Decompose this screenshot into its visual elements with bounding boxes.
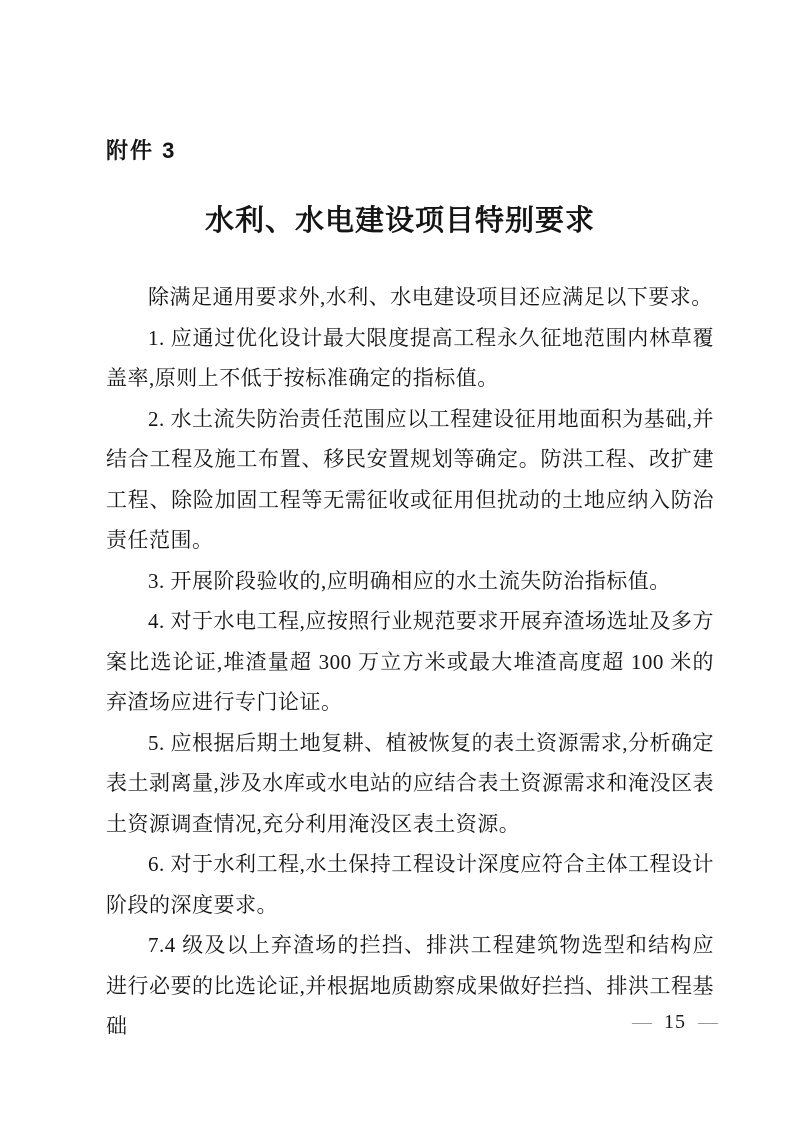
footer-left-dash: — xyxy=(632,1010,652,1034)
paragraph-intro: 除满足通用要求外,水利、水电建设项目还应满足以下要求。 xyxy=(106,277,714,318)
paragraph-item-1: 1. 应通过优化设计最大限度提高工程永久征地范围内林草覆盖率,原则上不低于按标准… xyxy=(106,318,714,399)
paragraph-item-5: 5. 应根据后期土地复耕、植被恢复的表土资源需求,分析确定表土剥离量,涉及水库或… xyxy=(106,723,714,845)
page-footer: — 15 — xyxy=(620,1010,730,1034)
document-page: 附件 3 水利、水电建设项目特别要求 除满足通用要求外,水利、水电建设项目还应满… xyxy=(0,0,800,1131)
paragraph-item-2: 2. 水土流失防治责任范围应以工程建设征用地面积为基础,并结合工程及施工布置、移… xyxy=(106,399,714,561)
paragraph-item-4: 4. 对于水电工程,应按照行业规范要求开展弃渣场选址及多方案比选论证,堆渣量超 … xyxy=(106,601,714,723)
paragraph-item-3: 3. 开展阶段验收的,应明确相应的水土流失防治指标值。 xyxy=(106,561,714,602)
document-title: 水利、水电建设项目特别要求 xyxy=(0,198,800,239)
page-number: 15 xyxy=(664,1010,686,1034)
footer-right-dash: — xyxy=(698,1010,718,1034)
document-body: 除满足通用要求外,水利、水电建设项目还应满足以下要求。 1. 应通过优化设计最大… xyxy=(106,277,714,1047)
attachment-label: 附件 3 xyxy=(106,134,176,165)
paragraph-item-6: 6. 对于水利工程,水土保持工程设计深度应符合主体工程设计阶段的深度要求。 xyxy=(106,844,714,925)
